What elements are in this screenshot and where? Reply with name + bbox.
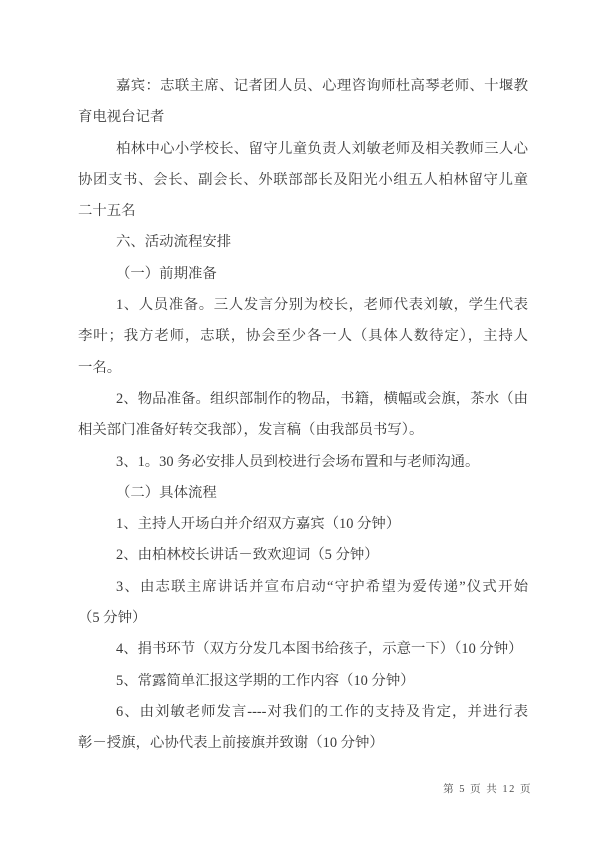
document-page: 嘉宾：志联主席、记者团人员、心理咨询师杜高琴老师、十堰教育电视台记者柏林中心小学… — [0, 0, 600, 848]
text-line: 4、捐书环节（双方分发几本图书给孩子，示意一下）（10 分钟） — [78, 634, 528, 665]
text-line: 1、人员准备。三人发言分别为校长，老师代表刘敏，学生代表 — [78, 290, 528, 321]
text-line: 协团支书、会长、副会长、外联部部长及阳光小组五人柏林留守儿童 — [78, 165, 528, 196]
document-body: 嘉宾：志联主席、记者团人员、心理咨询师杜高琴老师、十堰教育电视台记者柏林中心小学… — [78, 71, 528, 760]
text-line: 李叶；我方老师，志联，协会至少各一人（具体人数待定），主持人 — [78, 321, 528, 352]
text-line: 3、由志联主席讲话并宣布启动“守护希望为爱传递”仪式开始 — [78, 572, 528, 603]
text-line: 育电视台记者 — [78, 102, 528, 133]
text-line: 嘉宾：志联主席、记者团人员、心理咨询师杜高琴老师、十堰教 — [78, 71, 528, 102]
text-line: 彰－授旗，心协代表上前接旗并致谢（10 分钟） — [78, 728, 528, 759]
text-line: 二十五名 — [78, 196, 528, 227]
text-line: 2、物品准备。组织部制作的物品，书籍，横幅或会旗，茶水（由 — [78, 384, 528, 415]
text-line: 6、由刘敏老师发言----对我们的工作的支持及肯定，并进行表 — [78, 697, 528, 728]
text-line: （二）具体流程 — [78, 478, 528, 509]
text-line: 柏林中心小学校长、留守儿童负责人刘敏老师及相关教师三人心 — [78, 134, 528, 165]
text-line: 3、1。30 务必安排人员到校进行会场布置和与老师沟通。 — [78, 447, 528, 478]
text-line: 2、由柏林校长讲话－致欢迎词（5 分钟） — [78, 540, 528, 571]
text-line: （一）前期准备 — [78, 259, 528, 290]
text-line: 相关部门准备好转交我部），发言稿（由我部员书写）。 — [78, 415, 528, 446]
page-number-footer: 第 5 页 共 12 页 — [443, 782, 532, 798]
text-line: 六、活动流程安排 — [78, 227, 528, 258]
text-line: 一名。 — [78, 353, 528, 384]
text-line: 1、主持人开场白并介绍双方嘉宾（10 分钟） — [78, 509, 528, 540]
text-line: 5、常露简单汇报这学期的工作内容（10 分钟） — [78, 666, 528, 697]
text-line: （5 分钟） — [78, 603, 528, 634]
